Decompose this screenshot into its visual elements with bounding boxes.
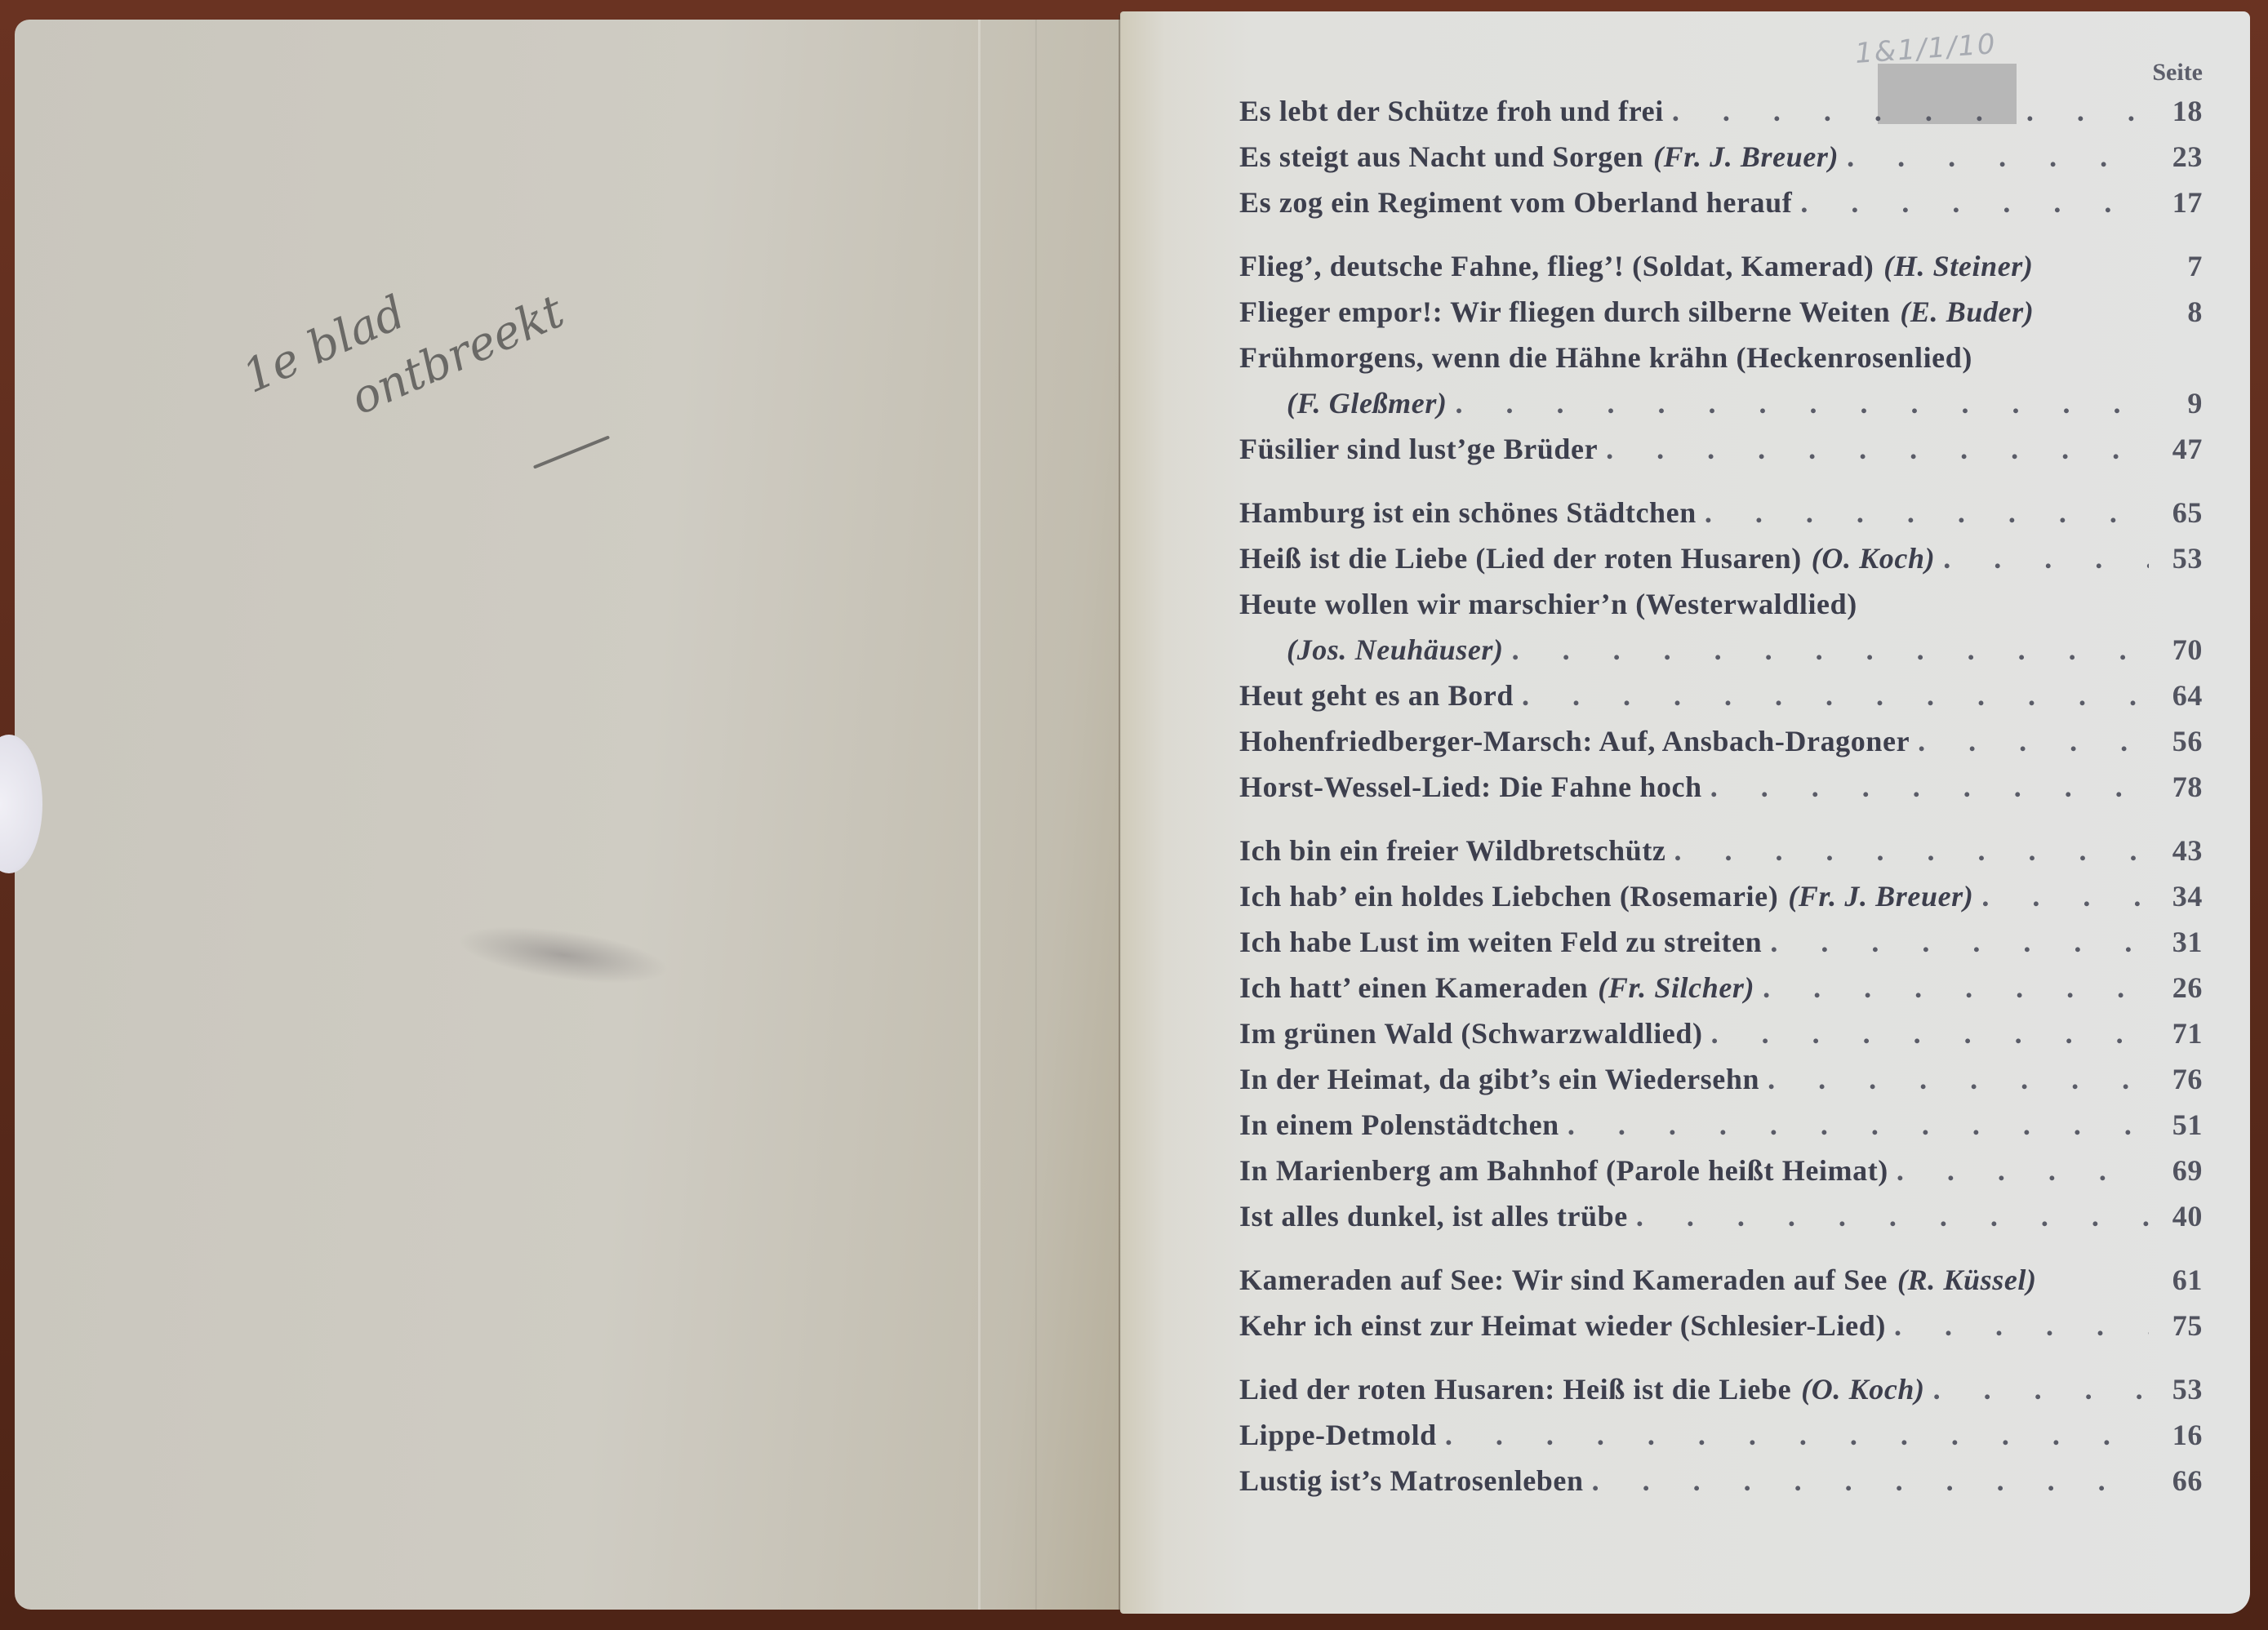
song-author: (O. Koch) [1801,1366,1924,1412]
table-of-contents: Es lebt der Schütze froh und frei . . . … [1239,88,2203,1521]
toc-entry: Flieg’, deutsche Fahne, flieg’! (Soldat,… [1239,243,2203,289]
page-number: 47 [2157,426,2203,472]
toc-group: Es lebt der Schütze froh und frei . . . … [1239,88,2203,225]
page-number: 43 [2157,828,2203,873]
song-title: Flieger empor!: Wir fliegen durch silber… [1239,289,1890,335]
page-number: 53 [2157,535,2203,581]
page-number: 18 [2157,88,2203,134]
song-title: Ist alles dunkel, ist alles trübe [1239,1193,1628,1239]
page-number: 76 [2157,1056,2203,1102]
song-title: Lied der roten Husaren: Heiß ist die Lie… [1239,1366,1791,1412]
page-number: 31 [2157,919,2203,965]
toc-entry: Heut geht es an Bord . . . . . . . . . .… [1239,673,2203,718]
song-title: Kameraden auf See: Wir sind Kameraden au… [1239,1257,1888,1303]
song-title: Ich hatt’ einen Kameraden [1239,965,1588,1010]
dot-leader: . . . . . . . . . . . . . . . . . . . . … [1800,180,2149,225]
page-number: 34 [2157,873,2203,919]
song-title: Heute wollen wir marschier’n (Westerwald… [1239,581,1857,627]
page-crease [978,20,981,1610]
dot-leader: . . . . . . . . . . . . . . . . . . . . … [1847,134,2149,180]
toc-entry: Ist alles dunkel, ist alles trübe . . . … [1239,1193,2203,1239]
song-title: Flieg’, deutsche Fahne, flieg’! (Soldat,… [1239,243,1874,289]
dot-leader: . . . . . . . . . . . . . . . . . . . . … [1636,1193,2149,1239]
song-title: Es lebt der Schütze froh und frei [1239,88,1664,134]
song-title: Frühmorgens, wenn die Hähne krähn (Hecke… [1239,335,1972,380]
song-author: (F. Gleßmer) [1287,380,1448,426]
song-author: (E. Buder) [1900,289,2034,335]
page-number: 56 [2157,718,2203,764]
dot-leader: . . . . . . . . . . . . . . . . . . . . … [1894,1303,2149,1348]
song-title: In Marienberg am Bahnhof (Parole heißt H… [1239,1148,1888,1193]
dot-leader: . . . . . . . . . . . . . . . . . . . . … [1606,426,2149,472]
page-number: 66 [2157,1458,2203,1503]
toc-entry: Lippe-Detmold . . . . . . . . . . . . . … [1239,1412,2203,1458]
song-title: Lippe-Detmold [1239,1412,1437,1458]
dot-leader: . . . . . . . . . . . . . . . . . . . . … [1568,1102,2149,1148]
toc-entry: Kameraden auf See: Wir sind Kameraden au… [1239,1257,2203,1303]
song-title: Hohenfriedberger-Marsch: Auf, Ansbach-Dr… [1239,718,1910,764]
toc-entry: Ich bin ein freier Wildbretschütz . . . … [1239,828,2203,873]
dot-leader: . . . . . . . . . . . . . . . . . . . . … [1763,965,2149,1010]
page-number: 75 [2157,1303,2203,1348]
song-title: Im grünen Wald (Schwarzwaldlied) [1239,1010,1703,1056]
toc-group: Lied der roten Husaren: Heiß ist die Lie… [1239,1366,2203,1503]
page-crease [1035,20,1037,1610]
toc-entry: Es steigt aus Nacht und Sorgen(Fr. J. Br… [1239,134,2203,180]
page-number: 64 [2157,673,2203,718]
page-number: 71 [2157,1010,2203,1056]
toc-entry: Heiß ist die Liebe (Lied der roten Husar… [1239,535,2203,581]
toc-entry: In Marienberg am Bahnhof (Parole heißt H… [1239,1148,2203,1193]
song-author: (Fr. J. Breuer) [1653,134,1839,180]
page-number: 78 [2157,764,2203,810]
toc-entry: In einem Polenstädtchen . . . . . . . . … [1239,1102,2203,1148]
toc-entry: Ich hatt’ einen Kameraden(Fr. Silcher) .… [1239,965,2203,1010]
page-number: 70 [2157,627,2203,673]
toc-entry: Im grünen Wald (Schwarzwaldlied) . . . .… [1239,1010,2203,1056]
page-number: 65 [2157,490,2203,535]
song-author: (Fr. Silcher) [1598,965,1754,1010]
dot-leader: . . . . . . . . . . . . . . . . . . . . … [1897,1148,2149,1193]
toc-entry: Es zog ein Regiment vom Oberland herauf … [1239,180,2203,225]
song-title: Es steigt aus Nacht und Sorgen [1239,134,1643,180]
toc-entry: (Jos. Neuhäuser) . . . . . . . . . . . .… [1239,627,2203,673]
song-title: In der Heimat, da gibt’s ein Wiedersehn [1239,1056,1759,1102]
toc-group: Flieg’, deutsche Fahne, flieg’! (Soldat,… [1239,243,2203,472]
toc-entry: Horst-Wessel-Lied: Die Fahne hoch . . . … [1239,764,2203,810]
song-title: Kehr ich einst zur Heimat wieder (Schles… [1239,1303,1886,1348]
left-page [15,20,1145,1610]
page-number: 26 [2157,965,2203,1010]
toc-entry: Ich hab’ ein holdes Liebchen (Rosemarie)… [1239,873,2203,919]
toc-entry: Frühmorgens, wenn die Hähne krähn (Hecke… [1239,335,2203,380]
dot-leader: . . . . . . . . . . . . . . . . . . . . … [1672,88,2149,134]
toc-group: Kameraden auf See: Wir sind Kameraden au… [1239,1257,2203,1348]
toc-entry: In der Heimat, da gibt’s ein Wiedersehn … [1239,1056,2203,1102]
dot-leader: . . . . . . . . . . . . . . . . . . . . … [1592,1458,2149,1503]
toc-entry: Hohenfriedberger-Marsch: Auf, Ansbach-Dr… [1239,718,2203,764]
toc-entry: Flieger empor!: Wir fliegen durch silber… [1239,289,2203,335]
song-title: Hamburg ist ein schönes Städtchen [1239,490,1697,535]
song-author: (O. Koch) [1812,535,1935,581]
toc-entry: Lied der roten Husaren: Heiß ist die Lie… [1239,1366,2203,1412]
song-author: (Jos. Neuhäuser) [1287,627,1504,673]
song-author: (R. Küssel) [1897,1257,2037,1303]
dot-leader: . . . . . . . . . . . . . . . . . . . . … [1933,1366,2149,1412]
song-author: (H. Steiner) [1883,243,2033,289]
song-title: Heiß ist die Liebe (Lied der roten Husar… [1239,535,1802,581]
dot-leader: . . . . . . . . . . . . . . . . . . . . … [1768,1056,2149,1102]
page-number: 51 [2157,1102,2203,1148]
toc-group: Hamburg ist ein schönes Städtchen . . . … [1239,490,2203,810]
toc-entry: Heute wollen wir marschier’n (Westerwald… [1239,581,2203,627]
dot-leader: . . . . . . . . . . . . . . . . . . . . … [1943,535,2149,581]
song-title: Ich hab’ ein holdes Liebchen (Rosemarie) [1239,873,1778,919]
toc-entry: Es lebt der Schütze froh und frei . . . … [1239,88,2203,134]
toc-entry: Ich habe Lust im weiten Feld zu streiten… [1239,919,2203,965]
page-number: 17 [2157,180,2203,225]
dot-leader: . . . . . . . . . . . . . . . . . . . . … [1445,1412,2149,1458]
song-title: Es zog ein Regiment vom Oberland herauf [1239,180,1792,225]
song-title: Horst-Wessel-Lied: Die Fahne hoch [1239,764,1702,810]
song-title: Füsilier sind lust’ge Brüder [1239,426,1598,472]
song-title: Heut geht es an Bord [1239,673,1514,718]
toc-entry: (F. Gleßmer) . . . . . . . . . . . . . .… [1239,380,2203,426]
dot-leader: . . . . . . . . . . . . . . . . . . . . … [1456,380,2149,426]
song-author: (Fr. J. Breuer) [1788,873,1973,919]
toc-entry: Hamburg ist ein schönes Städtchen . . . … [1239,490,2203,535]
dot-leader: . . . . . . . . . . . . . . . . . . . . … [1710,764,2149,810]
toc-entry: Kehr ich einst zur Heimat wieder (Schles… [1239,1303,2203,1348]
page-number: 16 [2157,1412,2203,1458]
dot-leader: . . . . . . . . . . . . . . . . . . . . … [1981,873,2149,919]
dot-leader: . . . . . . . . . . . . . . . . . . . . … [1512,627,2149,673]
song-title: In einem Polenstädtchen [1239,1102,1559,1148]
page-number: 53 [2157,1366,2203,1412]
dot-leader: . . . . . . . . . . . . . . . . . . . . … [1674,828,2150,873]
page-number: 9 [2157,380,2203,426]
song-title: Lustig ist’s Matrosenleben [1239,1458,1584,1503]
dot-leader: . . . . . . . . . . . . . . . . . . . . … [1711,1010,2149,1056]
song-title: Ich bin ein freier Wildbretschütz [1239,828,1666,873]
page-number: 69 [2157,1148,2203,1193]
page-number: 7 [2157,243,2203,289]
page-number: 40 [2157,1193,2203,1239]
dot-leader: . . . . . . . . . . . . . . . . . . . . … [1705,490,2149,535]
toc-entry: Füsilier sind lust’ge Brüder . . . . . .… [1239,426,2203,472]
dot-leader: . . . . . . . . . . . . . . . . . . . . … [1918,718,2149,764]
song-title: Ich habe Lust im weiten Feld zu streiten [1239,919,1762,965]
dot-leader: . . . . . . . . . . . . . . . . . . . . … [1770,919,2149,965]
page-column-header: Seite [2152,59,2203,87]
dot-leader: . . . . . . . . . . . . . . . . . . . . … [1522,673,2149,718]
toc-group: Ich bin ein freier Wildbretschütz . . . … [1239,828,2203,1239]
page-number: 8 [2157,289,2203,335]
page-number: 61 [2157,1257,2203,1303]
page-number: 23 [2157,134,2203,180]
toc-entry: Lustig ist’s Matrosenleben . . . . . . .… [1239,1458,2203,1503]
